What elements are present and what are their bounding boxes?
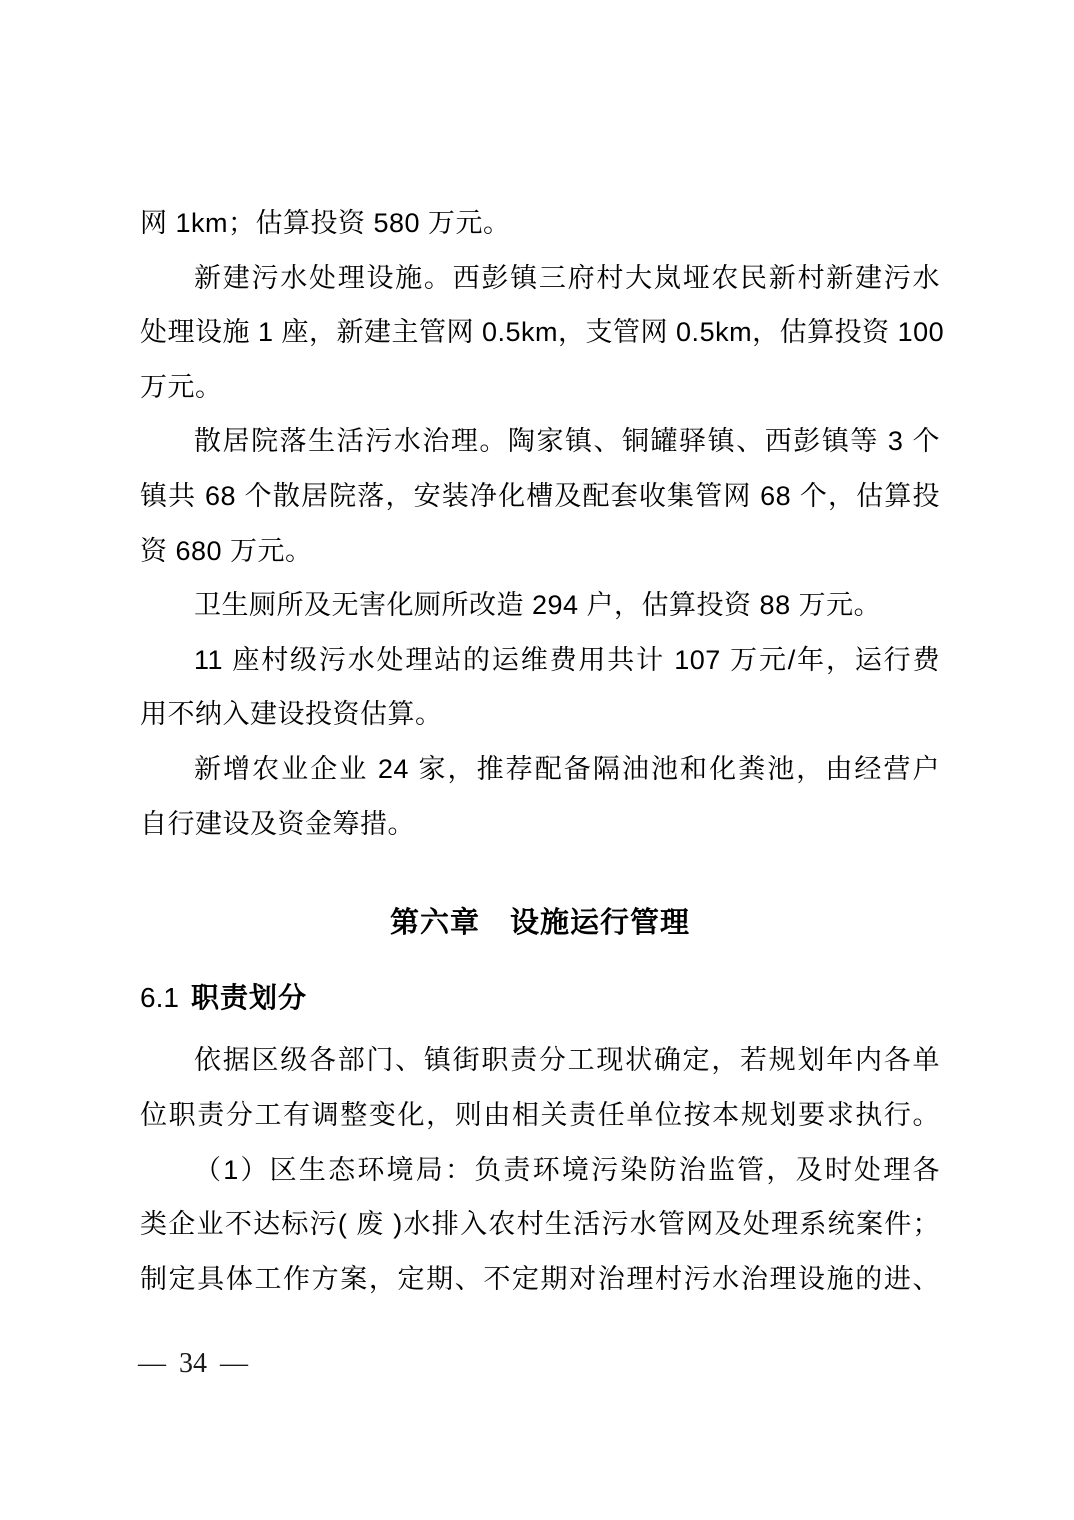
text-line: 网 1km；估算投资 580 万元。 xyxy=(140,196,940,251)
paragraph: （1）区生态环境局：负责环境污染防治监管，及时处理各类企业不达标污( 废 )水排… xyxy=(140,1143,940,1307)
text-line: 新建污水处理设施。西彭镇三府村大岚垭农民新村新建污水 xyxy=(140,251,940,306)
page-number: 34 xyxy=(179,1348,207,1379)
page-footer: —34— xyxy=(138,1346,248,1382)
text-line: 散居院落生活污水治理。陶家镇、铜罐驿镇、西彭镇等 3 个 xyxy=(140,414,940,469)
footer-dash-right: — xyxy=(220,1348,248,1379)
subsection-title: 职责划分 xyxy=(191,982,307,1013)
text-line: 卫生厕所及无害化厕所改造 294 户，估算投资 88 万元。 xyxy=(140,578,940,633)
paragraph-group-bottom: 依据区级各部门、镇街职责分工现状确定，若规划年内各单位职责分工有调整变化，则由相… xyxy=(140,1033,940,1306)
paragraph: 新增农业企业 24 家，推荐配备隔油池和化粪池，由经营户自行建设及资金筹措。 xyxy=(140,742,940,851)
subsection-number: 6.1 xyxy=(140,982,179,1013)
paragraph-group-top: 网 1km；估算投资 580 万元。新建污水处理设施。西彭镇三府村大岚垭农民新村… xyxy=(140,196,940,851)
text-line: （1）区生态环境局：负责环境污染防治监管，及时处理各 xyxy=(140,1143,940,1198)
paragraph: 依据区级各部门、镇街职责分工现状确定，若规划年内各单位职责分工有调整变化，则由相… xyxy=(140,1033,940,1142)
text-line: 11 座村级污水处理站的运维费用共计 107 万元/年，运行费 xyxy=(140,633,940,688)
page-content: 网 1km；估算投资 580 万元。新建污水处理设施。西彭镇三府村大岚垭农民新村… xyxy=(140,196,940,1306)
text-line: 类企业不达标污( 废 )水排入农村生活污水管网及处理系统案件； xyxy=(140,1197,940,1252)
paragraph: 新建污水处理设施。西彭镇三府村大岚垭农民新村新建污水处理设施 1 座，新建主管网… xyxy=(140,251,940,415)
text-line: 制定具体工作方案，定期、不定期对治理村污水治理设施的进、 xyxy=(140,1252,940,1307)
paragraph: 网 1km；估算投资 580 万元。 xyxy=(140,196,940,251)
text-line: 镇共 68 个散居院落，安装净化槽及配套收集管网 68 个，估算投 xyxy=(140,469,940,524)
footer-dash-left: — xyxy=(138,1348,166,1379)
paragraph: 散居院落生活污水治理。陶家镇、铜罐驿镇、西彭镇等 3 个镇共 68 个散居院落，… xyxy=(140,414,940,578)
text-line: 自行建设及资金筹措。 xyxy=(140,797,940,852)
text-line: 资 680 万元。 xyxy=(140,524,940,579)
text-line: 依据区级各部门、镇街职责分工现状确定，若规划年内各单 xyxy=(140,1033,940,1088)
text-line: 万元。 xyxy=(140,360,940,415)
text-line: 位职责分工有调整变化，则由相关责任单位按本规划要求执行。 xyxy=(140,1088,940,1143)
text-line: 用不纳入建设投资估算。 xyxy=(140,687,940,742)
text-line: 新增农业企业 24 家，推荐配备隔油池和化粪池，由经营户 xyxy=(140,742,940,797)
chapter-heading: 第六章 设施运行管理 xyxy=(140,896,940,951)
paragraph: 卫生厕所及无害化厕所改造 294 户，估算投资 88 万元。 xyxy=(140,578,940,633)
text-line: 处理设施 1 座，新建主管网 0.5km，支管网 0.5km，估算投资 100 xyxy=(140,305,940,360)
document-page: 网 1km；估算投资 580 万元。新建污水处理设施。西彭镇三府村大岚垭农民新村… xyxy=(0,0,1074,1520)
subsection-heading: 6.1职责划分 xyxy=(140,971,940,1026)
paragraph: 11 座村级污水处理站的运维费用共计 107 万元/年，运行费用不纳入建设投资估… xyxy=(140,633,940,742)
